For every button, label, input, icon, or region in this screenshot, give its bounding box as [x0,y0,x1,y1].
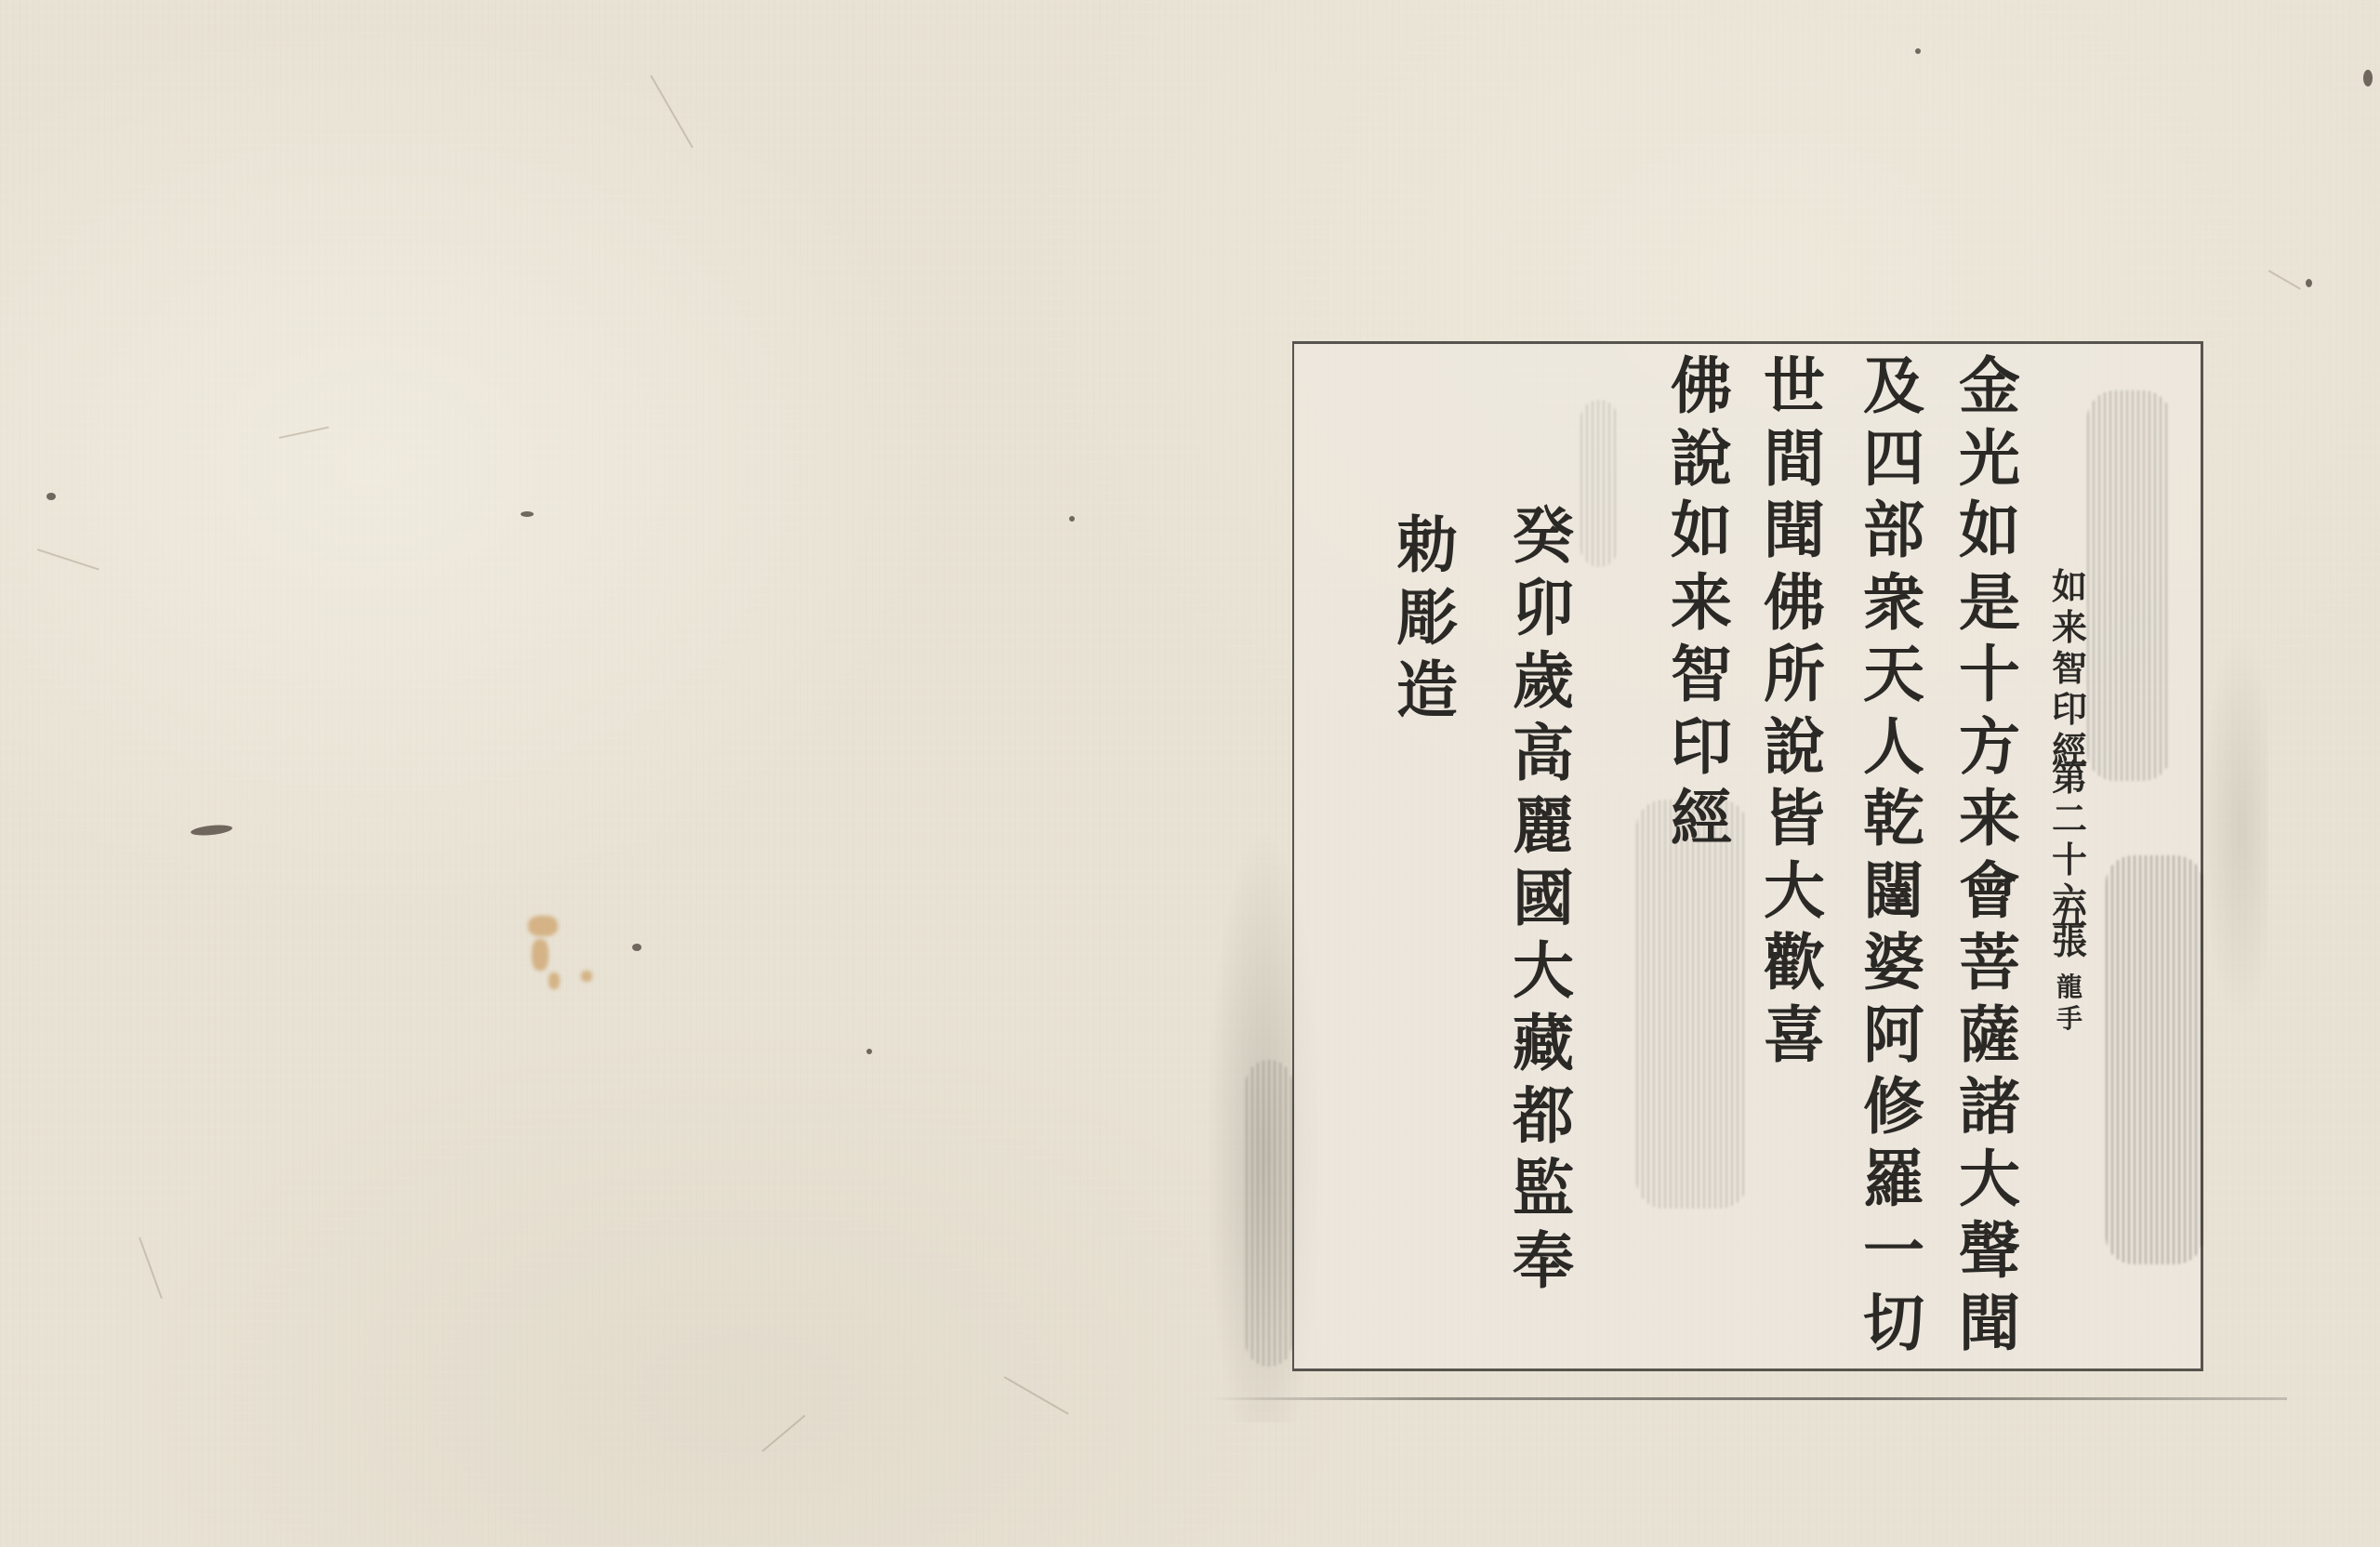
paper-stain [532,939,549,971]
character: 歲 [1513,650,1574,722]
character: 佛 [1764,572,1825,644]
character: 手 [2056,1006,2082,1038]
paper-speck [1915,48,1921,54]
carver-name: 龍 手 [2053,974,2086,1038]
ink-smudge [2106,855,2203,1264]
paper-speck [46,493,56,500]
character: 諸 [1959,1076,2020,1148]
character: 一 [1863,1220,1924,1292]
colophon-column-2: 勅 彫 造 [1393,514,1461,732]
character: 来 [2052,610,2087,651]
marginal-title-column: 如 来 智 印 經 [2048,569,2091,773]
character: 切 [1863,1292,1924,1365]
character: 智 [1671,643,1732,716]
character: 造 [1396,659,1458,732]
character: 世 [1764,355,1825,428]
character: 監 [1513,1157,1574,1230]
text-column-1: 金 光 如 是 十 方 来 會 菩 薩 諸 大 聲 聞 [1955,355,2024,1364]
character: 麗 [1513,795,1574,867]
paper-stain [549,972,560,989]
character: 及 [1863,355,1924,428]
character: 乾 [1863,787,1924,860]
text-column-3: 世 間 聞 佛 所 說 皆 大 歡 喜 [1760,355,1829,1076]
character: 如 [1959,499,2020,572]
character: 說 [1764,716,1825,788]
character: 經 [1671,787,1732,860]
character: 印 [1671,716,1732,788]
character: 大 [1764,860,1825,932]
character: 都 [1513,1085,1574,1157]
ink-smudge [1246,1060,1292,1367]
character: 羅 [1863,1148,1924,1221]
character: 阿 [1863,1004,1924,1077]
character: 天 [1863,643,1924,716]
character: 十 [1959,643,2020,716]
character: 國 [1513,867,1574,940]
paper-speck [866,1049,872,1054]
character: 二 [2052,801,2087,842]
paper-stain [581,971,592,982]
character: 金 [1959,355,2020,428]
character: 大 [1513,940,1574,1012]
character: 大 [1959,1148,2020,1221]
lower-border-rule [1209,1397,2287,1400]
paper-speck [1069,516,1075,522]
character: 龍 [2056,974,2082,1006]
character: 勅 [1396,514,1458,587]
character: 光 [1959,428,2020,500]
character: 歡 [1764,932,1825,1004]
character: 智 [2052,651,2087,692]
ink-smudge [1580,400,1618,567]
character: 薩 [1959,1004,2020,1077]
character: 五 [2052,894,2087,935]
character: 卯 [1513,577,1574,650]
fascicle-number: 五 [2048,894,2091,935]
character: 修 [1863,1076,1924,1148]
paper-speck [2363,70,2373,86]
character: 菩 [1959,932,2020,1004]
character: 闥 [1863,860,1924,932]
paper-stain [528,916,558,936]
character: 人 [1863,716,1924,788]
character: 皆 [1764,787,1825,860]
colophon-column-1: 癸 卯 歲 高 麗 國 大 藏 都 監 奉 [1509,505,1578,1302]
character: 高 [1513,722,1574,795]
character: 四 [1863,428,1924,500]
character: 来 [1671,572,1732,644]
character: 間 [1764,428,1825,500]
character: 部 [1863,499,1924,572]
ink-smudge [2087,390,2171,781]
character: 如 [2052,569,2087,610]
character: 婆 [1863,932,1924,1004]
character: 所 [1764,643,1825,716]
character: 聲 [1959,1220,2020,1292]
character: 十 [2052,842,2087,883]
paper-speck [521,511,534,517]
character: 聞 [1959,1292,2020,1365]
paper-speck [632,944,641,951]
character: 是 [1959,572,2020,644]
character: 癸 [1513,505,1574,577]
character: 聞 [1764,499,1825,572]
character: 来 [1959,787,2020,860]
character: 彫 [1396,587,1458,659]
character: 印 [2052,692,2087,733]
character: 說 [1671,428,1732,500]
character: 衆 [1863,572,1924,644]
ink-smudge [1636,800,1748,1209]
sutra-title-column: 佛 說 如 来 智 印 經 [1667,355,1736,860]
character: 奉 [1513,1230,1574,1302]
character: 會 [1959,860,2020,932]
character: 佛 [1671,355,1732,428]
character: 藏 [1513,1012,1574,1085]
paper-speck [2306,279,2312,287]
text-column-2: 及 四 部 衆 天 人 乾 闥 婆 阿 修 羅 一 切 [1859,355,1928,1364]
character: 方 [1959,716,2020,788]
character: 如 [1671,499,1732,572]
character: 喜 [1764,1004,1825,1077]
character: 第 [2052,760,2087,801]
